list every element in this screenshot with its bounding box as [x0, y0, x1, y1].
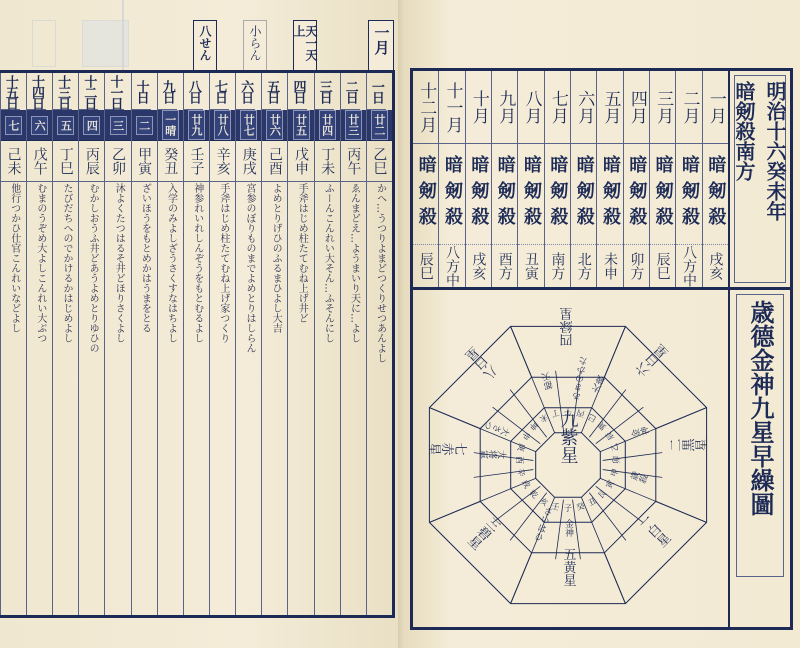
kanshi: 己酉	[262, 141, 287, 182]
day-number: 十三日	[53, 73, 72, 110]
diagram-label: さいはひ	[531, 505, 553, 542]
diagram-label: 申	[520, 430, 533, 443]
kanshi: 甲寅	[132, 141, 157, 182]
day-note: 他行つかひ仕官こんれいなどよし	[1, 183, 26, 611]
month-label: 一月	[368, 20, 394, 70]
day-column: 九日 一晴 癸丑 入学のみよしざうさくすなはちよし	[157, 73, 183, 615]
diagram-label: 子	[564, 504, 573, 512]
diagram-label: 都天	[541, 370, 556, 392]
day-column: 六日 廿七 庚戌 宮参のぼりものまでよめとりはしらん	[235, 73, 261, 615]
lunar-day: 廿七	[236, 110, 261, 141]
ankensatsu-label: 暗剱殺	[597, 144, 622, 245]
month-column: 二月 暗剱殺 八方中	[675, 71, 701, 287]
day-column: 五日 廿六 己酉 よめとりげひのふるまひよし大吉	[261, 73, 287, 615]
day-note: たびだちへのでかけるかはじめよし	[53, 183, 78, 611]
kanshi: 辛亥	[210, 141, 235, 182]
day-number: 九日	[158, 73, 177, 110]
diagram-label: 丑	[586, 496, 598, 507]
diagram-label: 癸	[575, 500, 586, 512]
day-note: 神参れいれしんぞうをもとむるよし	[184, 183, 209, 611]
ankensatsu-label: 暗剱殺	[466, 144, 491, 245]
diagram-label: 甲	[609, 467, 620, 478]
ankensatsu-table: 明治十六癸未年 暗剱殺南方 一月 暗剱殺 戌亥二月 暗剱殺 八方中三月 暗剱殺 …	[410, 68, 793, 290]
kanshi: 戊申	[288, 141, 313, 182]
month-column: 一月 暗剱殺 戌亥	[702, 71, 728, 287]
month-name: 五月	[597, 71, 622, 144]
diagram-label: 一白星	[634, 512, 673, 551]
diagram-label: 辛	[516, 467, 528, 478]
calendar-table: 一日 廿二 乙巳 かへ…うつりよまどつくりせつあんよし二日 廿三 丙午 ゑんまど…	[0, 70, 395, 618]
month-column: 八月 暗剱殺 丑寅	[517, 71, 543, 287]
month-column: 九月 暗剱殺 酉方	[491, 71, 517, 287]
day-note: ふーんこんれい大そん…ふそんにし	[315, 183, 340, 611]
day-note: むかしおうふ井どあうよめとりゆひの	[79, 183, 104, 611]
kanshi: 己未	[1, 141, 26, 182]
kanshi: 庚戌	[236, 141, 261, 182]
lunar-day: 四	[79, 110, 104, 141]
month-column: 十月 暗剱殺 戌亥	[465, 71, 491, 287]
ankensatsu-label: 暗剱殺	[624, 144, 649, 245]
lunar-day: 七	[1, 110, 26, 141]
month-name: 七月	[545, 71, 570, 144]
diagram-label: 未	[538, 412, 551, 425]
nine-star-octagon-diagram: 九紫星五黄星三碧星七赤星八白星四緑星六白星二黒星一白星子壬亥乾戌辛酉庚申坤未丁午…	[413, 290, 731, 630]
day-column: 十四日 六 戊午 むまのうぞめ大よしこんれい大ぶつ	[26, 73, 52, 615]
day-number: 四日	[288, 73, 307, 110]
diagram-label: 卯	[611, 456, 621, 465]
ankensatsu-label: 暗剱殺	[439, 144, 464, 245]
direction: 戌亥	[471, 245, 485, 287]
diagram-label: 歳殺	[627, 470, 649, 487]
day-note: ざいほうをもとめかはうまをとる	[132, 183, 157, 611]
month-column: 五月 暗剱殺 未申	[596, 71, 622, 287]
month-name: 四月	[624, 71, 649, 144]
diagram-label: 艮	[596, 488, 609, 501]
lunar-day: 二	[132, 110, 157, 141]
month-column: 十一月 暗剱殺 八方中	[438, 71, 464, 287]
diagram-label: 坤	[527, 419, 540, 432]
month-name: 十月	[466, 71, 491, 144]
direction: 酉方	[498, 245, 512, 287]
day-number: 十二日	[79, 73, 98, 110]
diagram-label: 辰	[604, 430, 616, 442]
kanshi: 丙辰	[79, 141, 104, 182]
day-number: 一日	[367, 73, 386, 110]
day-number: 六日	[236, 73, 255, 110]
month-column: 三月 暗剱殺 辰巳	[649, 71, 675, 287]
day-column: 二日 廿三 丙午 ゑんまどえ…ようまいり天に…よし	[340, 73, 366, 615]
day-note: 入学のみよしざうさくすなはちよし	[158, 183, 183, 611]
day-number: 二日	[341, 73, 360, 110]
month-name: 二月	[676, 71, 701, 144]
direction: 戌亥	[708, 245, 722, 287]
day-column: 十三日 五 丁巳 たびだちへのでかけるかはじめよし	[52, 73, 78, 615]
day-number: 三日	[315, 73, 334, 110]
day-column: 四日 廿五 戊申 手斧はじめ柱たてむね上げ井ど	[287, 73, 313, 615]
month-column: 六月 暗剱殺 北方	[570, 71, 596, 287]
day-column: 七日 廿八 辛亥 手斧はじめ柱たてむね上げ家つくり	[209, 73, 235, 615]
diagram-label: 八白星	[463, 343, 502, 382]
ankensatsu-label: 暗剱殺	[518, 144, 543, 245]
diagram-label: 三碧星	[464, 513, 503, 552]
month-name: 十二月	[413, 71, 438, 144]
day-note: よめとりげひのふるまひよし大吉	[262, 183, 287, 611]
month-name: 三月	[650, 71, 675, 144]
day-number: 十日	[132, 73, 151, 110]
nine-star-diagram-box: 歳德金神九星早繰圖 九紫星五黄星三碧星七赤星八白星四緑星六白星二黒星一白星子壬亥…	[410, 290, 793, 630]
month-name: 八月	[518, 71, 543, 144]
lunar-day: 廿四	[315, 110, 340, 141]
day-number: 七日	[210, 73, 229, 110]
month-name: 十一月	[439, 71, 464, 144]
diagram-label: 午	[564, 407, 573, 417]
direction: 未申	[603, 245, 617, 287]
diagram-label: 丁	[550, 409, 561, 419]
lunar-day: 廿五	[288, 110, 313, 141]
table-title: 明治十六癸未年 暗剱殺南方	[728, 71, 790, 287]
kanshi: 戊午	[27, 141, 52, 182]
diagram-label: 大将軍	[479, 448, 508, 459]
day-number: 五日	[262, 73, 281, 110]
lunar-day: 五	[53, 110, 78, 141]
lunar-day: 廿六	[262, 110, 287, 141]
day-column: 十一日 三 乙卯 沐よくたつはるそ井どほりさくよし	[104, 73, 130, 615]
lunar-day: 廿八	[210, 110, 235, 141]
ankensatsu-label: 暗剱殺	[650, 144, 675, 245]
lunar-day: 三	[105, 110, 130, 141]
diagram-label: あきのかた	[572, 356, 590, 402]
ankensatsu-label: 暗剱殺	[545, 144, 570, 245]
direction: 北方	[577, 245, 591, 287]
diagram-title: 歳德金神九星早繰圖	[728, 290, 790, 627]
diagram-label: 金神	[629, 426, 651, 441]
month-column: 七月 暗剱殺 南方	[544, 71, 570, 287]
tag-shoran: 小らん	[243, 20, 267, 70]
kanshi: 丁巳	[53, 141, 78, 182]
day-note: 手斧はじめ柱たてむね上げ家つくり	[210, 183, 235, 611]
ankensatsu-label: 暗剱殺	[413, 144, 438, 245]
diagram-label: 巳	[586, 413, 598, 424]
day-number: 十四日	[27, 73, 46, 110]
month-column: 十二月 暗剱殺 辰巳	[413, 71, 438, 287]
diagram-label: 乙	[609, 442, 619, 453]
direction: 辰巳	[419, 245, 433, 287]
month-column: 四月 暗剱殺 卯方	[623, 71, 649, 287]
lunar-day: 廿三	[341, 110, 366, 141]
kanshi: 癸丑	[158, 141, 183, 182]
day-column: 十二日 四 丙辰 むかしおうふ井どあうよめとりゆひの	[78, 73, 104, 615]
day-column: 十五日 七 己未 他行つかひ仕官こんれいなどよし	[0, 73, 26, 615]
day-column: 一日 廿二 乙巳 かへ…うつりよまどつくりせつあんよし	[366, 73, 392, 615]
diagram-label: 巽	[596, 419, 609, 432]
direction: 八方中	[682, 245, 696, 287]
diagram-label: 五黄星	[561, 548, 577, 587]
day-column: 八日 廿九 壬子 神参れいれしんぞうをもとむるよし	[183, 73, 209, 615]
faded-stamp	[32, 20, 56, 67]
kanshi: 丙午	[341, 141, 366, 182]
day-note: むまのうぞめ大よしこんれい大ぶつ	[27, 183, 52, 611]
diagram-label: 乾	[527, 487, 540, 500]
paper-tear	[122, 0, 124, 70]
diagram-label: 二黒星	[669, 439, 708, 455]
ankensatsu-label: 暗剱殺	[492, 144, 517, 245]
ankensatsu-label: 暗剱殺	[676, 144, 701, 245]
diagram-label: 酉	[515, 456, 524, 465]
ankensatsu-label: 暗剱殺	[571, 144, 596, 245]
lunar-day: 廿二	[367, 110, 392, 141]
day-note: 手斧はじめ柱たてむね上げ井ど	[288, 183, 313, 611]
direction: 辰巳	[656, 245, 670, 287]
diagram-label: 大さつ	[483, 418, 513, 437]
diagram-label: 金神	[563, 518, 574, 538]
left-page: 一月 天一天上 小らん 八せん 一日 廿二 乙巳 かへ…うつりよまどつくりせつあ…	[0, 0, 403, 648]
diagram-label: 九紫星	[558, 410, 579, 464]
month-name: 一月	[703, 71, 728, 144]
diagram-label: 六白星	[633, 342, 672, 381]
kanshi: 丁未	[315, 141, 340, 182]
month-name: 六月	[571, 71, 596, 144]
ankensatsu-label: 暗剱殺	[703, 144, 728, 245]
tag-hassen: 八せん	[193, 20, 217, 70]
tag-tenichi: 天一天上	[293, 20, 317, 70]
day-column: 十日 二 甲寅 ざいほうをもとめかはうまをとる	[131, 73, 157, 615]
lunar-day: 廿九	[184, 110, 209, 141]
kanshi: 乙卯	[105, 141, 130, 182]
day-note: 宮参のぼりものまでよめとりはしらん	[236, 183, 261, 611]
kanshi: 乙巳	[367, 141, 392, 182]
lunar-day: 一晴	[158, 110, 183, 141]
diagram-label: 四緑星	[560, 307, 576, 346]
direction: 南方	[550, 245, 564, 287]
day-note: ゑんまどえ…ようまいり天に…よし	[341, 183, 366, 611]
month-name: 九月	[492, 71, 517, 144]
direction: 卯方	[629, 245, 643, 287]
day-note: 沐よくたつはるそ井どほりさくよし	[105, 183, 130, 611]
day-number: 十五日	[1, 73, 20, 110]
lunar-day: 六	[27, 110, 52, 141]
diagram-label: 七赤星	[428, 440, 467, 456]
kanshi: 壬子	[184, 141, 209, 182]
day-number: 八日	[184, 73, 203, 110]
day-note: かへ…うつりよまどつくりせつあんよし	[367, 183, 392, 611]
direction: 丑寅	[524, 245, 538, 287]
day-number: 十一日	[105, 73, 124, 110]
direction: 八方中	[445, 245, 459, 287]
day-column: 三日 廿四 丁未 ふーんこんれい大そん…ふそんにし	[314, 73, 340, 615]
